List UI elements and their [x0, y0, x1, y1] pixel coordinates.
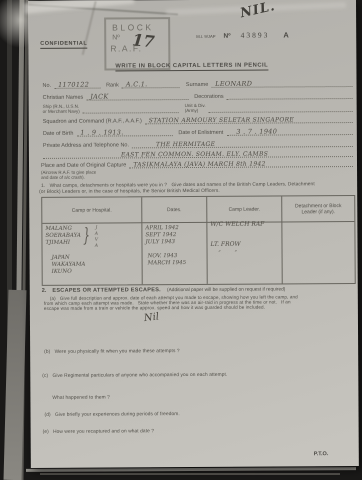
camp-group-japan: JAPAN WAKAYAMA IKUNO	[52, 254, 139, 276]
question-c-followup: What happened to them ?	[52, 396, 110, 401]
document-page: NIL. BLOCK Nº R.A.F. 17 CONFIDENTIAL M.I…	[28, 0, 359, 468]
capture-note-line2: and date of a/c crash).	[41, 175, 85, 180]
ditto-marks: ″ ″	[219, 249, 279, 256]
camps-table-header-detachment: Detachment or Block Leader (if any).	[282, 196, 354, 222]
ref-number-stamp: 43893	[241, 31, 270, 40]
camp-leader: LT. FROW	[210, 240, 278, 247]
camp-dates-japan: NOV. 1943 MARCH 1945	[148, 253, 204, 267]
ref-no-label: Nº	[224, 33, 231, 40]
camp-names: MALANG SOERABAYA TJIMAHI	[45, 226, 81, 247]
capture-field: TASIKMALAYA (JAVA) MARCH 8th 1942	[129, 157, 353, 168]
section2-heading: ESCAPES OR ATTEMPTED ESCAPES.	[52, 287, 161, 294]
detachment-cell	[282, 222, 354, 283]
question-c: (c) Give Regimental particulars of anyon…	[42, 373, 227, 379]
camps-table-header-dates: Dates.	[142, 197, 207, 223]
squadron-value: STATION ARMOURY SELETAR SINGAPORE	[149, 116, 294, 124]
camp-name: IKUNO	[52, 268, 139, 276]
question1-line2: (or Block) Leaders or, in the case of ho…	[39, 189, 220, 195]
question-d: (d) Give briefly your experiences during…	[45, 412, 180, 418]
camp-group-java: MALANG SOERABAYA TJIMAHI } JAVA	[45, 225, 138, 250]
unit-div-label: Unit & Div. (Army)	[185, 103, 209, 113]
rank-label: Rank	[106, 82, 122, 88]
form-row-ship-unit: Ship (R.N., U.S.N. or Merchant Navy) Uni…	[43, 99, 353, 114]
ref-series-letter: A	[283, 30, 288, 39]
section2-number: 2.	[42, 288, 47, 294]
service-no-field: 1170122	[54, 79, 100, 89]
bottom-page-edge	[40, 473, 340, 475]
question1-line1: 1. What camps, detachments or hospitals …	[41, 182, 315, 189]
region-label-java: JAVA	[94, 226, 99, 250]
dates-cell: APRIL 1942 SEPT 1942 JULY 1943 NOV. 1943…	[142, 223, 207, 284]
ship-label-line2: or Merchant Navy)	[43, 109, 80, 114]
squadron-label: Squadron and Command (R.A.F., A.A.F.)	[43, 118, 145, 125]
nil-annotation: NIL.	[239, 0, 277, 21]
surname-value: LEONARD	[215, 80, 252, 88]
question-b: (b) Were you physically fit when you mad…	[44, 349, 180, 355]
capture-value: TASIKMALAYA (JAVA) MARCH 8th 1942	[133, 161, 265, 169]
form-instruction: WRITE IN BLOCK CAPITAL LETTERS IN PENCIL	[115, 63, 268, 72]
ref-org: M.I. 9/JAP	[196, 34, 215, 39]
date-of-birth-value: 1 . 9 . 1913.	[80, 128, 123, 136]
form-row-dates: Date of Birth 1 . 9 . 1913. Date of Enli…	[43, 125, 353, 137]
leader-cell: W/C WELCH RAF LT. FROW ″ ″	[207, 222, 282, 283]
section2-note: (Additional paper will be supplied on re…	[167, 287, 285, 293]
date-of-enlistment-field: 3 . 7 . 1940	[226, 125, 353, 136]
ship-field	[83, 103, 179, 114]
question-a-line3: escape was made from a train or vehicle …	[44, 305, 265, 311]
form-row-capture: Place and Date of Original Capture TASIK…	[41, 157, 353, 169]
rank-field: A.C.1.	[122, 78, 180, 88]
reference-line: M.I. 9/JAP Nº 43893 A	[196, 30, 289, 40]
camp-leader: W/C WELCH RAF	[210, 220, 278, 227]
service-no-label: No.	[43, 83, 55, 89]
section2-title: 2. ESCAPES OR ATTEMPTED ESCAPES. (Additi…	[42, 286, 286, 293]
camp-date: MARCH 1945	[148, 260, 204, 267]
christian-names-value: JACK	[90, 93, 108, 101]
unit-div-field	[209, 102, 353, 113]
confidential-label: CONFIDENTIAL	[40, 41, 87, 49]
service-no-value: 1170122	[58, 81, 89, 89]
paper-crease	[24, 0, 134, 14]
handwritten-brace: }	[83, 226, 90, 246]
camp-date: JULY 1943	[145, 239, 203, 246]
pto-label: P.T.O.	[314, 451, 329, 457]
ship-label: Ship (R.N., U.S.N. or Merchant Navy)	[43, 104, 83, 114]
capture-label: Place and Date of Original Capture	[41, 162, 129, 169]
form-row-squadron: Squadron and Command (R.A.F., A.A.F.) ST…	[43, 113, 353, 125]
stamp-block-number-handwritten: 17	[131, 30, 155, 51]
unit-div-label-line2: (Army)	[185, 108, 206, 113]
squadron-field: STATION ARMOURY SELETAR SINGAPORE	[145, 113, 353, 124]
camps-cell: MALANG SOERABAYA TJIMAHI } JAVA JAPAN WA…	[42, 223, 142, 285]
photo-background: NIL. BLOCK Nº R.A.F. 17 CONFIDENTIAL M.I…	[0, 0, 362, 480]
form-row-identity: No. 1170122 Rank A.C.1. Surname LEONARD	[42, 77, 352, 89]
christian-names-field: JACK	[86, 90, 188, 101]
date-of-birth-label: Date of Birth	[43, 131, 77, 137]
date-of-birth-field: 1 . 9 . 1913.	[76, 126, 172, 137]
date-of-enlistment-label: Date of Enlistment	[178, 130, 226, 136]
rank-value: A.C.1.	[126, 80, 148, 88]
date-of-enlistment-value: 3 . 7 . 1940	[236, 127, 277, 135]
camps-table-header-leader: Camp Leader.	[207, 196, 282, 222]
bottom-page-edge	[26, 467, 356, 472]
answer-a-nil: Nil	[143, 311, 159, 324]
camp-name: TJIMAHI	[45, 240, 80, 247]
camps-table-header-camp: Camp or Hospital.	[42, 197, 142, 224]
question-e: (e) How were you recaptured and on what …	[43, 429, 154, 435]
camps-table: Camp or Hospital. Dates. Camp Leader. De…	[41, 195, 356, 286]
surname-field: LEONARD	[211, 77, 352, 88]
surname-label: Surname	[186, 82, 211, 88]
